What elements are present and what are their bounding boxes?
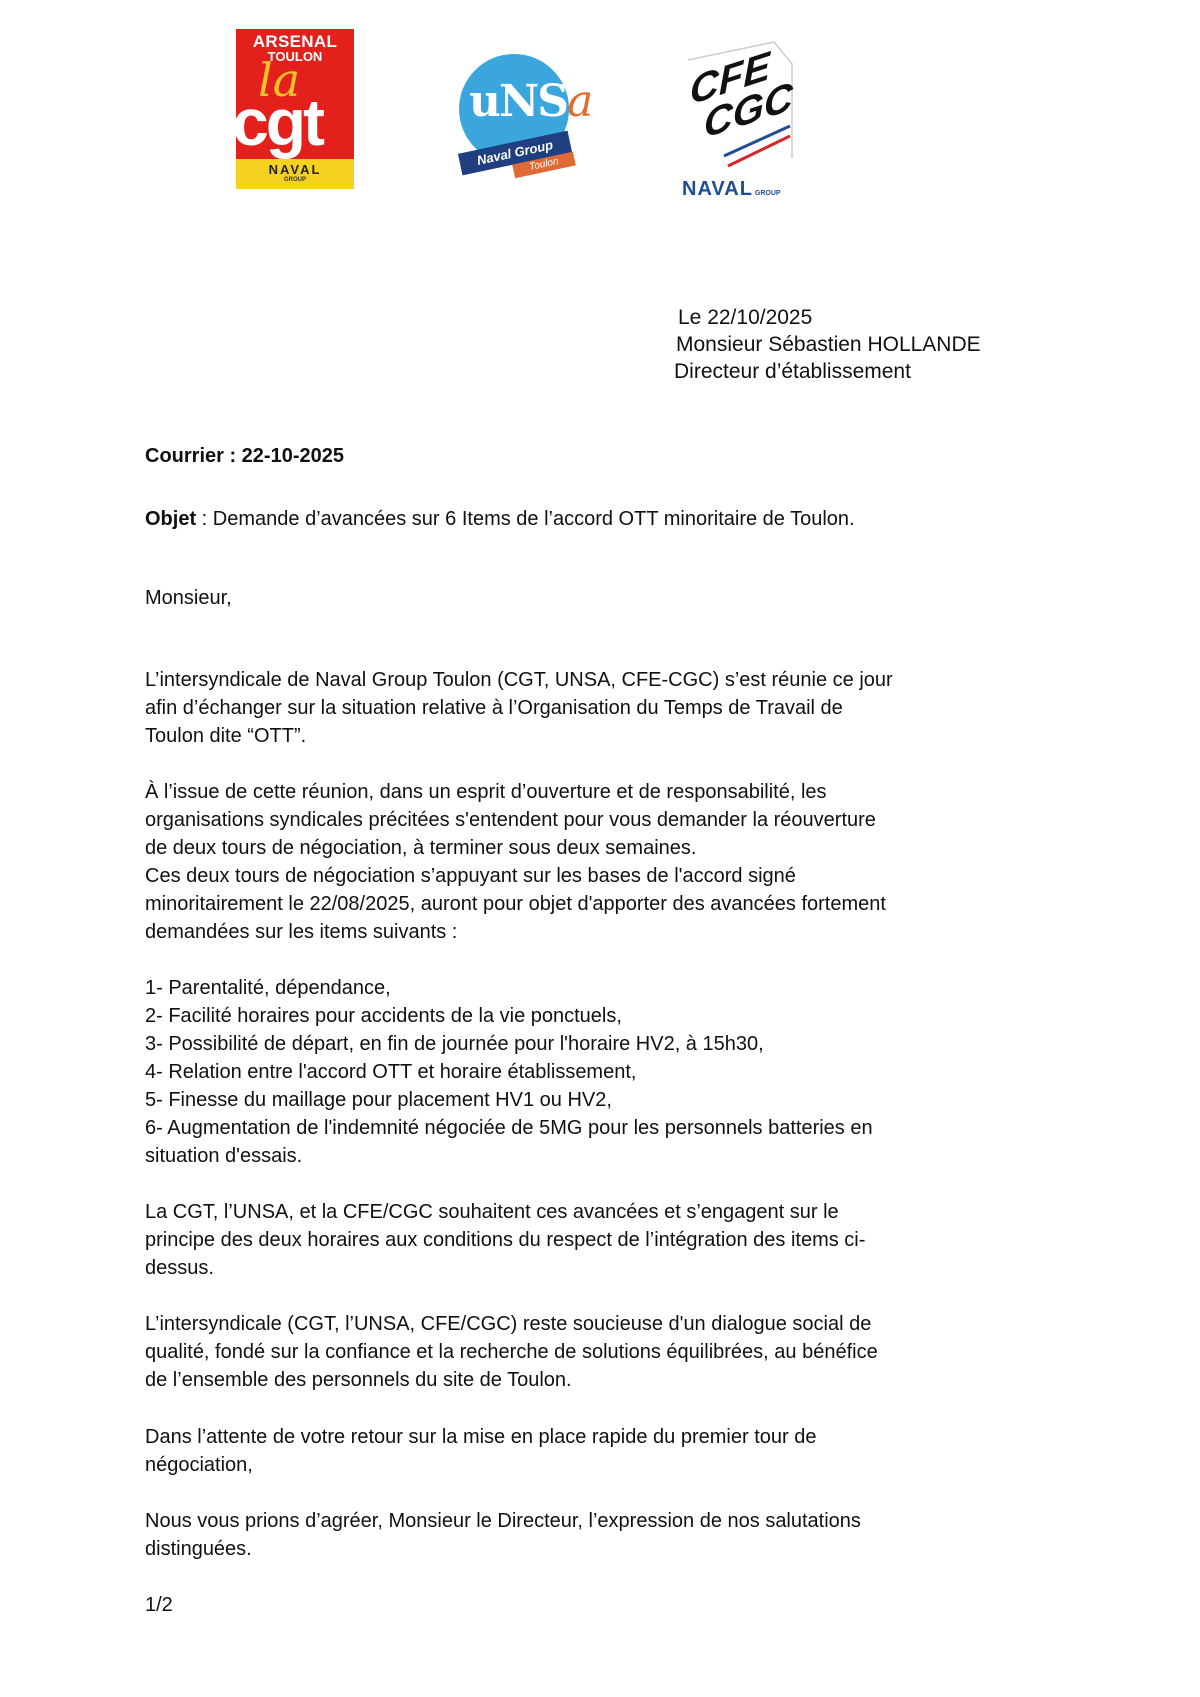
paragraph-awaiting: Dans l’attente de votre retour sur la mi… bbox=[145, 1423, 1095, 1479]
list-item: situation d'essais. bbox=[145, 1142, 1095, 1170]
cfe-cgc-logo-naval: NAVALGROUP bbox=[682, 178, 781, 201]
paragraph-dialogue: L’intersyndicale (CGT, l’UNSA, CFE/CGC) … bbox=[145, 1310, 1095, 1394]
unsa-letter-s: S bbox=[537, 76, 567, 127]
recipient-name: Monsieur Sébastien HOLLANDE bbox=[676, 331, 981, 358]
paragraph-line: minoritairement le 22/08/2025, auront po… bbox=[145, 890, 1095, 918]
letter-date: Le 22/10/2025 bbox=[678, 304, 981, 331]
paragraph-line: de deux tours de négociation, à terminer… bbox=[145, 834, 1095, 862]
paragraph-line: Nous vous prions d’agréer, Monsieur le D… bbox=[145, 1507, 1095, 1535]
list-item: 1- Parentalité, dépendance, bbox=[145, 974, 1095, 1002]
cgt-logo: ARSENAL TOULON la cgt NAVAL GROUP bbox=[236, 29, 354, 189]
cgt-logo-band: NAVAL GROUP bbox=[236, 159, 354, 189]
cgt-logo-group: GROUP bbox=[236, 177, 354, 183]
items-list: 1- Parentalité, dépendance, 2- Facilité … bbox=[145, 974, 1095, 1170]
paragraph-line: demandées sur les items suivants : bbox=[145, 918, 1095, 946]
paragraph-line: Toulon dite “OTT”. bbox=[145, 722, 1095, 750]
list-item: 5- Finesse du maillage pour placement HV… bbox=[145, 1086, 1095, 1114]
unsa-logo-word: uNSa bbox=[469, 76, 591, 127]
list-item: 2- Facilité horaires pour accidents de l… bbox=[145, 1002, 1095, 1030]
unsa-letter-a: a bbox=[567, 76, 591, 127]
list-item: 4- Relation entre l'accord OTT et horair… bbox=[145, 1058, 1095, 1086]
paragraph-line: Ces deux tours de négociation s’appuyant… bbox=[145, 862, 1095, 890]
recipient-block: Le 22/10/2025 Monsieur Sébastien HOLLAND… bbox=[676, 304, 981, 385]
cfe-naval-word: NAVAL bbox=[682, 178, 753, 200]
unsa-letters-un: uN bbox=[469, 76, 537, 127]
paragraph-line: dessus. bbox=[145, 1254, 1095, 1282]
cfe-cgc-logo: CFE CGC NAVALGROUP bbox=[680, 40, 810, 205]
page-number: 1/2 bbox=[145, 1591, 1095, 1619]
list-item: 3- Possibilité de départ, en fin de jour… bbox=[145, 1030, 1095, 1058]
courrier-reference: Courrier : 22-10-2025 bbox=[145, 442, 1095, 470]
paragraph-commitment: La CGT, l’UNSA, et la CFE/CGC souhaitent… bbox=[145, 1198, 1095, 1282]
paragraph-line: principe des deux horaires aux condition… bbox=[145, 1226, 1095, 1254]
paragraph-line: L’intersyndicale (CGT, l’UNSA, CFE/CGC) … bbox=[145, 1310, 1095, 1338]
paragraph-line: distinguées. bbox=[145, 1535, 1095, 1563]
list-item: 6- Augmentation de l'indemnité négociée … bbox=[145, 1114, 1095, 1142]
cgt-logo-naval: NAVAL bbox=[236, 162, 354, 177]
paragraph-closing: Nous vous prions d’agréer, Monsieur le D… bbox=[145, 1507, 1095, 1563]
objet-text: : Demande d’avancées sur 6 Items de l’ac… bbox=[196, 508, 854, 530]
cgt-logo-word: cgt bbox=[236, 89, 322, 155]
paragraph-line: Dans l’attente de votre retour sur la mi… bbox=[145, 1423, 1095, 1451]
recipient-title: Directeur d’établissement bbox=[674, 358, 981, 385]
paragraph-line: qualité, fondé sur la confiance et la re… bbox=[145, 1338, 1095, 1366]
paragraph-line: La CGT, l’UNSA, et la CFE/CGC souhaitent… bbox=[145, 1198, 1095, 1226]
salutation: Monsieur, bbox=[145, 584, 1095, 612]
objet-line: Objet : Demande d’avancées sur 6 Items d… bbox=[145, 505, 1095, 533]
paragraph-line: organisations syndicales précitées s'ent… bbox=[145, 806, 1095, 834]
paragraph-intro: L’intersyndicale de Naval Group Toulon (… bbox=[145, 666, 1095, 750]
paragraph-line: L’intersyndicale de Naval Group Toulon (… bbox=[145, 666, 1095, 694]
cfe-group-word: GROUP bbox=[755, 190, 781, 197]
paragraph-request: À l’issue de cette réunion, dans un espr… bbox=[145, 778, 1095, 946]
paragraph-line: afin d’échanger sur la situation relativ… bbox=[145, 694, 1095, 722]
unsa-logo: uNSa Naval Group Toulon bbox=[455, 50, 585, 180]
paragraph-line: À l’issue de cette réunion, dans un espr… bbox=[145, 778, 1095, 806]
objet-label: Objet bbox=[145, 508, 196, 530]
paragraph-line: négociation, bbox=[145, 1451, 1095, 1479]
paragraph-line: de l’ensemble des personnels du site de … bbox=[145, 1366, 1095, 1394]
